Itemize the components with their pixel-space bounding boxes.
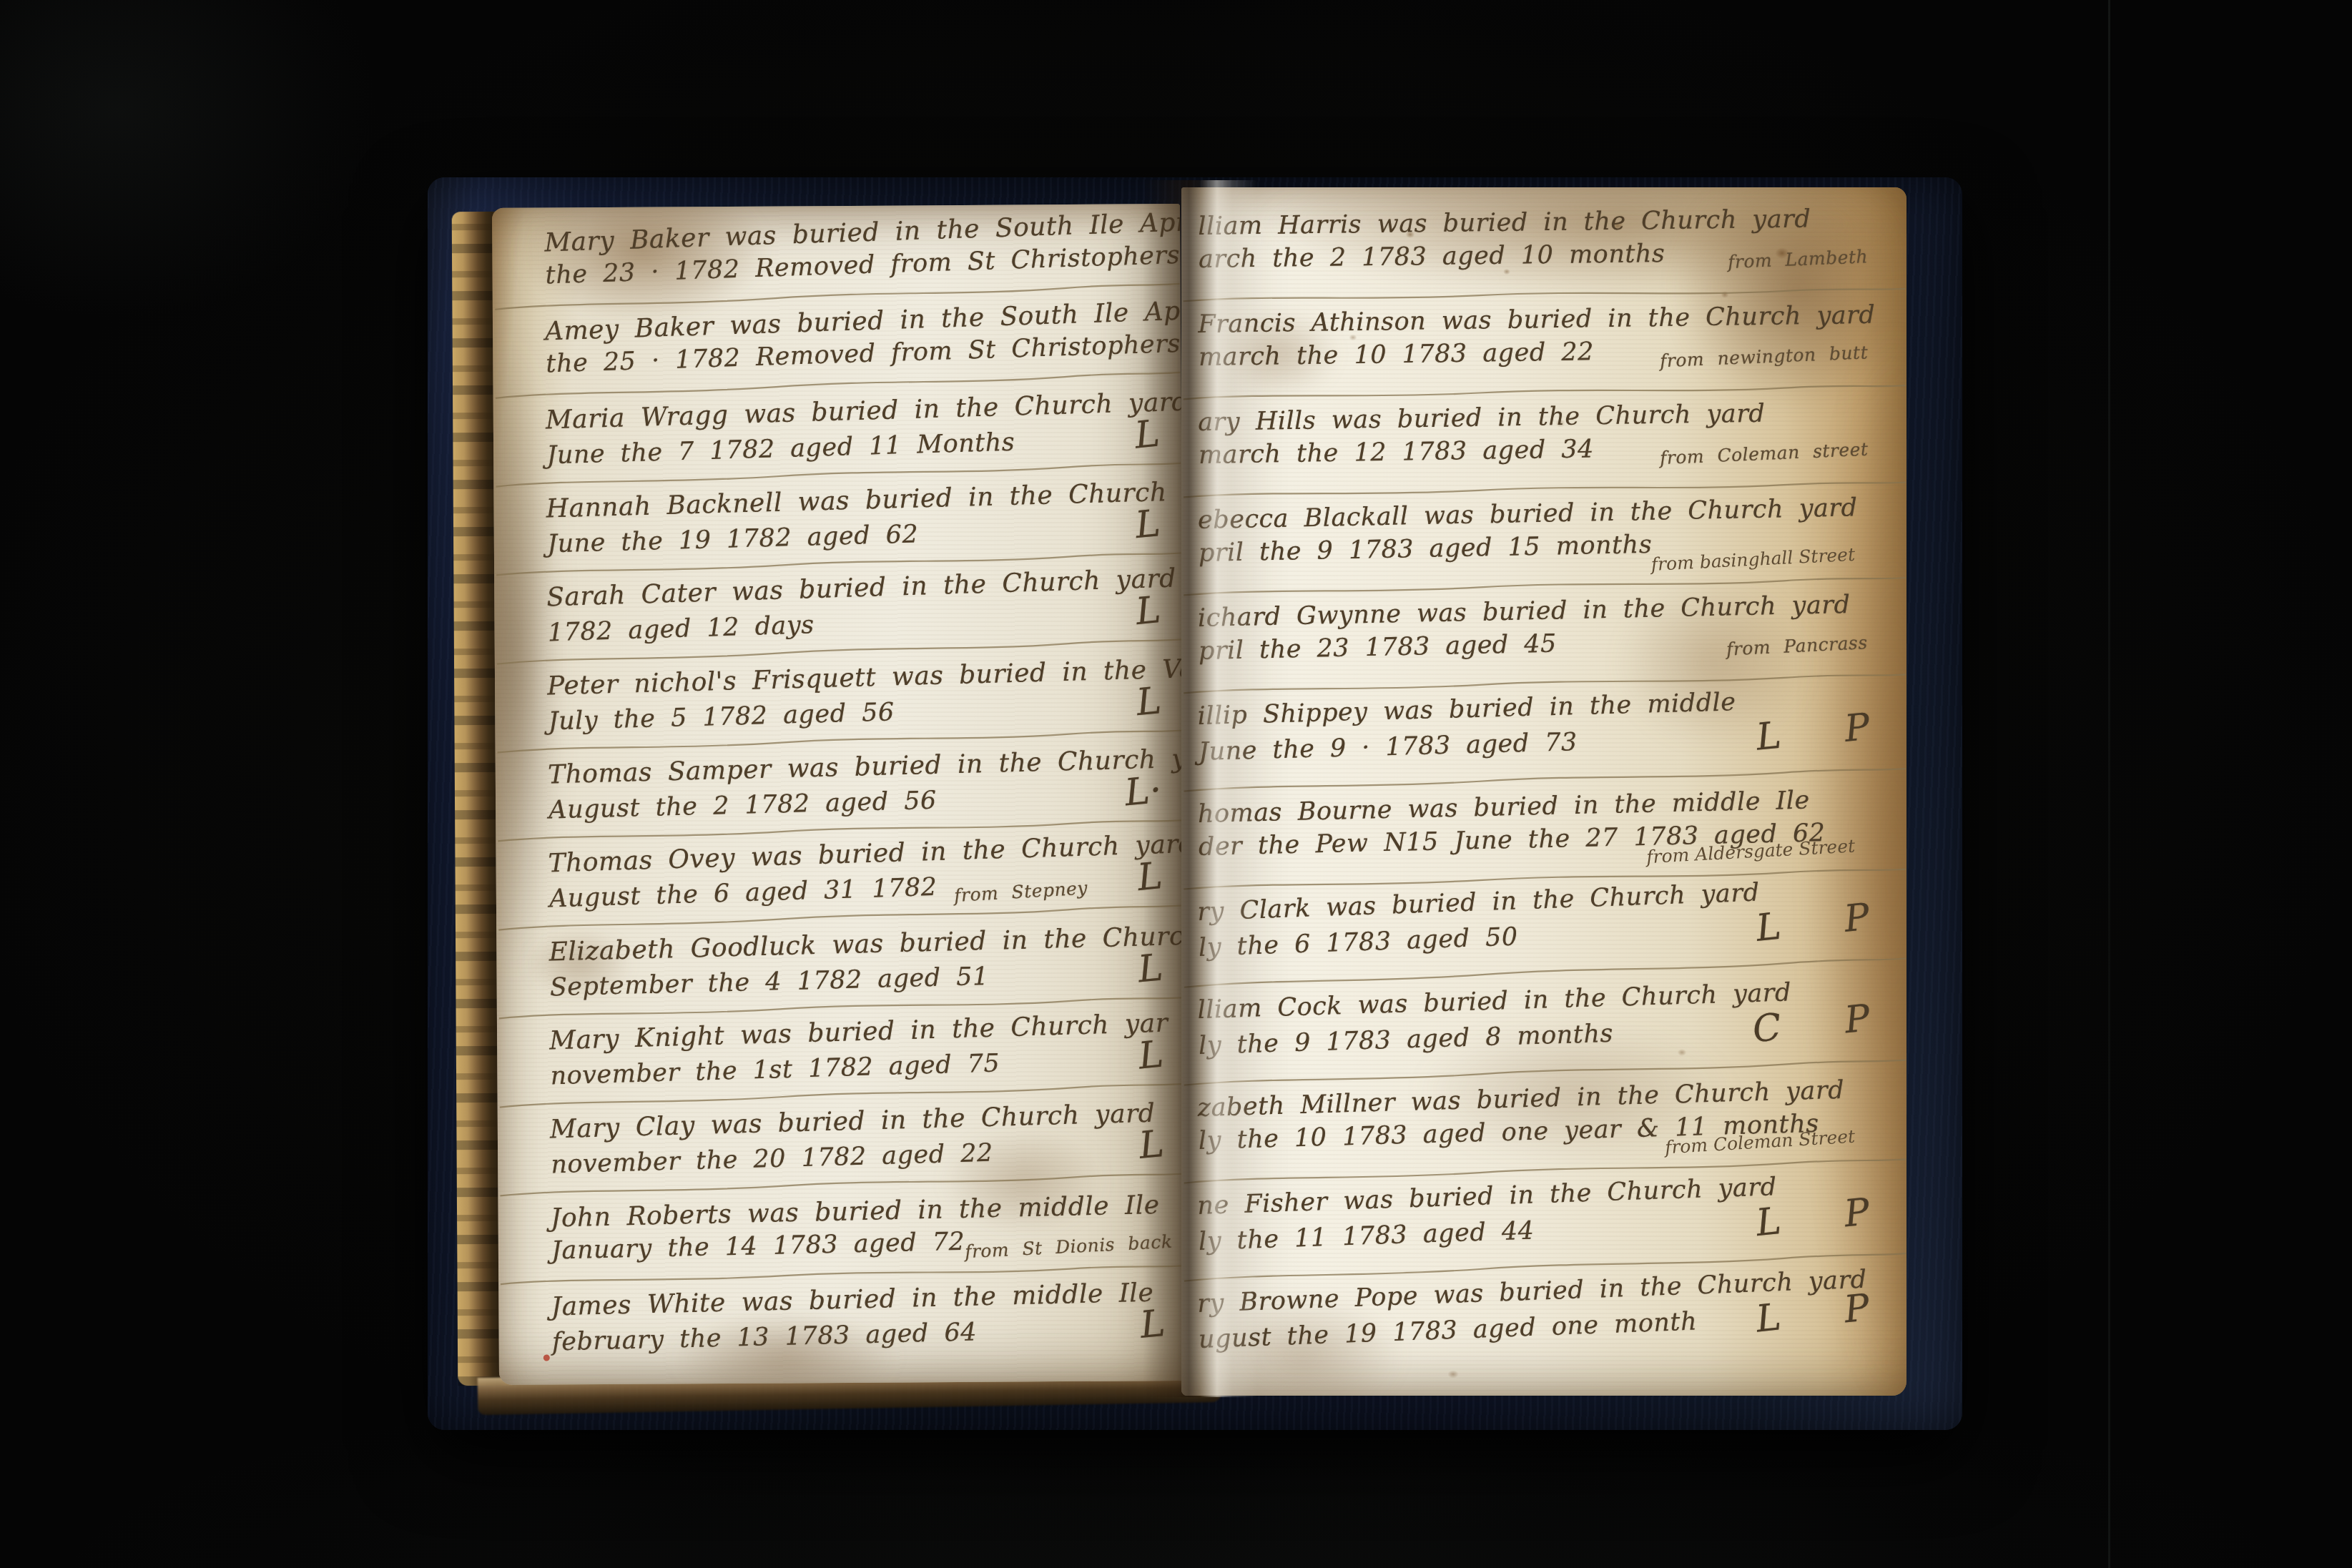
burial-entry: illip Shippey was buried in the middle J… bbox=[1197, 682, 1887, 798]
photograph-of-burial-register: Mary Baker was buried in the South Ile A… bbox=[0, 0, 2352, 1568]
burial-entry: James White was buried in the middle Ile… bbox=[551, 1276, 1182, 1379]
entry-line-2: August the 2 1782 aged 56 bbox=[548, 785, 937, 827]
right-page: lliam Harris was buried in the Church ya… bbox=[1181, 187, 1906, 1396]
clerk-initials-mark: L P bbox=[1755, 1196, 1887, 1238]
origin-annotation: from Coleman street bbox=[1659, 433, 1887, 474]
clerk-initials-mark: L bbox=[1134, 508, 1178, 540]
burial-register-book: Mary Baker was buried in the South Ile A… bbox=[0, 0, 2352, 1568]
entry-line-2: march the 10 1783 aged 22 bbox=[1199, 336, 1594, 373]
burial-entry: lliam Cock was buried in the Church yard… bbox=[1197, 973, 1888, 1091]
burial-entry: John Roberts was buried in the middle Il… bbox=[550, 1188, 1181, 1290]
burial-entry: lliam Harris was buried in the Church ya… bbox=[1198, 202, 1887, 308]
clerk-initials-mark: L bbox=[1138, 1128, 1181, 1160]
entry-line-2: June the 9 · 1783 aged 73 bbox=[1199, 726, 1578, 768]
clerk-initials-mark: L P bbox=[1755, 1292, 1887, 1334]
entry-line-2: June the 19 1782 aged 62 bbox=[546, 518, 918, 560]
clerk-initials-mark: C P bbox=[1751, 1002, 1887, 1044]
burial-entry: ebecca Blackall was buried in the Church… bbox=[1198, 491, 1887, 602]
clerk-initials-mark: L bbox=[1135, 685, 1179, 717]
burial-entry: Mary Clay was buried in the Church yard … bbox=[549, 1096, 1181, 1202]
entry-line-2: July the 5 1782 aged 56 bbox=[548, 696, 895, 737]
origin-annotation: from Lambeth bbox=[1727, 240, 1887, 278]
left-page-entries: Mary Baker was buried in the South Ile A… bbox=[492, 204, 1187, 1385]
clerk-initials-mark: L bbox=[1136, 860, 1180, 893]
right-page-entries: lliam Harris was buried in the Church ya… bbox=[1181, 187, 1906, 1396]
entry-line-2: pril the 23 1783 aged 45 bbox=[1199, 628, 1558, 667]
entry-line-2: february the 13 1783 aged 64 bbox=[551, 1316, 977, 1358]
burial-entry: Peter nichol's Frisquett was buried in t… bbox=[547, 653, 1179, 759]
clerk-initials-mark: L P bbox=[1756, 711, 1888, 752]
entry-line-2: 1782 aged 12 days bbox=[547, 609, 815, 649]
clerk-initials-mark: L bbox=[1139, 1308, 1183, 1340]
entry-line-2: march the 12 1783 aged 34 bbox=[1199, 433, 1595, 471]
burial-entry: Mary Knight was buried in the Church yar… bbox=[549, 1006, 1181, 1113]
clerk-initials-mark: L bbox=[1137, 1038, 1181, 1070]
left-page: Mary Baker was buried in the South Ile A… bbox=[492, 204, 1187, 1385]
origin-annotation: from newington butt bbox=[1659, 336, 1887, 377]
burial-entry: ichard Gwynne was buried in the Church y… bbox=[1198, 588, 1888, 700]
burial-entry: Francis Athinson was buried in the Churc… bbox=[1198, 299, 1887, 406]
entry-line-2: arch the 2 1783 aged 10 months bbox=[1199, 238, 1665, 275]
burial-entry: Maria Wragg was buried in the Church yar… bbox=[545, 385, 1176, 492]
clerk-initials-mark: L bbox=[1137, 952, 1181, 984]
burial-entry: Thomas Ovey was buried in the Church yar… bbox=[548, 828, 1179, 936]
clerk-initials-mark: L P bbox=[1755, 901, 1887, 943]
burial-entry: Sarah Cater was buried in the Church yar… bbox=[546, 562, 1178, 670]
origin-annotation: from Pancrass bbox=[1726, 626, 1887, 666]
clerk-initials-mark: L bbox=[1133, 418, 1177, 450]
clerk-initials-mark: L bbox=[1134, 594, 1178, 627]
clerk-initials-mark: L· bbox=[1123, 774, 1179, 808]
burial-entry: ary Hills was buried in the Church yard … bbox=[1198, 395, 1887, 504]
